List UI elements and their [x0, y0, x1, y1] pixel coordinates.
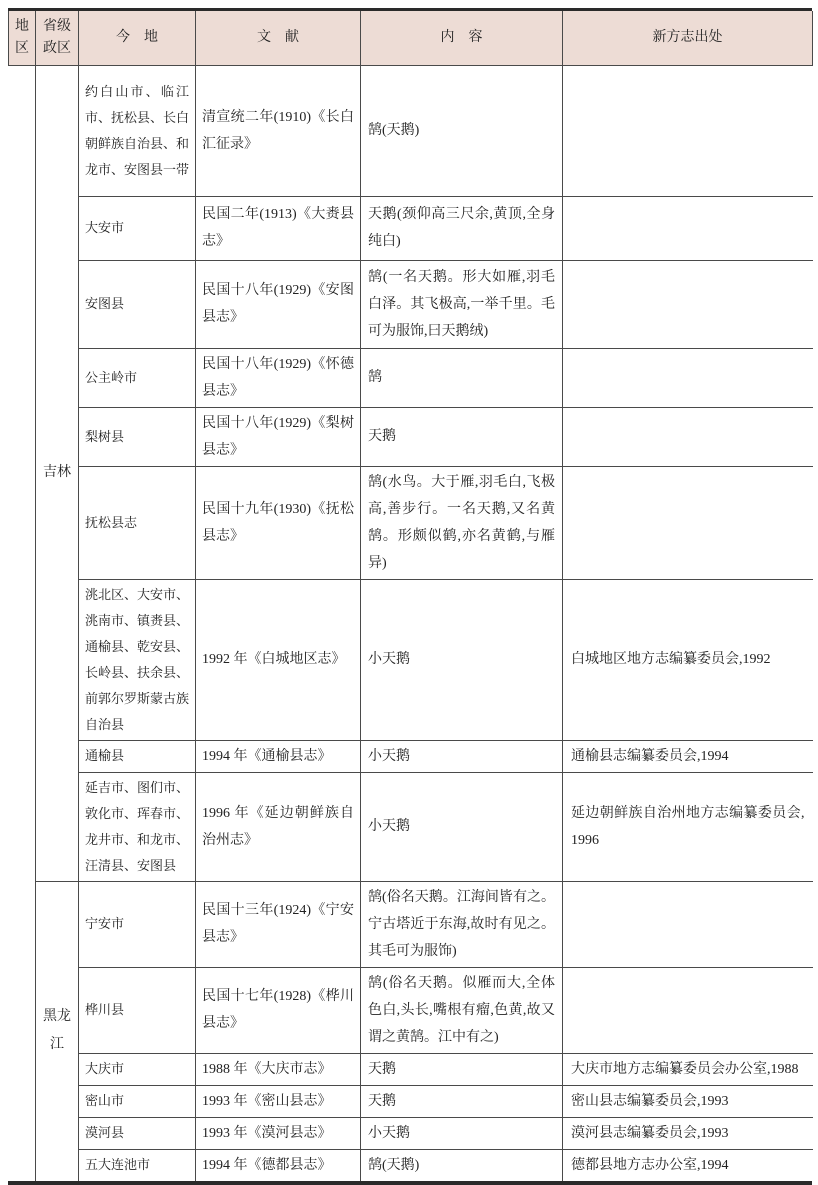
source-cell: 民国十七年(1928)《桦川县志》 — [196, 967, 361, 1053]
source-cell: 民国二年(1913)《大赉县志》 — [196, 196, 361, 260]
source-cell: 1993 年《漠河县志》 — [196, 1117, 361, 1149]
table-row: 漠河县1993 年《漠河县志》小天鹅漠河县志编纂委员会,1993 — [9, 1117, 813, 1149]
source-cell: 1994 年《通榆县志》 — [196, 740, 361, 772]
content-cell: 天鹅 — [361, 1053, 563, 1085]
table-row: 桦川县民国十七年(1928)《桦川县志》鹄(俗名天鹅。似雁而大,全体色白,头长,… — [9, 967, 813, 1053]
table-row: 大庆市1988 年《大庆市志》天鹅大庆市地方志编纂委员会办公室,1988 — [9, 1053, 813, 1085]
table-row: 抚松县志民国十九年(1930)《抚松县志》鹄(水鸟。大于雁,羽毛白,飞极高,善步… — [9, 466, 813, 579]
gazetteer-table-frame: 地区 省级政区 今 地 文 献 内 容 新方志出处 吉林约白山市、临江市、抚松县… — [8, 8, 812, 1185]
place-cell: 安图县 — [79, 260, 196, 348]
source-cell: 民国十九年(1930)《抚松县志》 — [196, 466, 361, 579]
column-header-province: 省级政区 — [36, 11, 79, 65]
province-cell: 黑龙江 — [36, 881, 79, 1181]
place-cell: 宁安市 — [79, 881, 196, 967]
source-cell: 1996 年《延边朝鲜族自治州志》 — [196, 772, 361, 881]
source-cell: 民国十八年(1929)《梨树县志》 — [196, 407, 361, 466]
place-cell: 通榆县 — [79, 740, 196, 772]
table-row: 通榆县1994 年《通榆县志》小天鹅通榆县志编纂委员会,1994 — [9, 740, 813, 772]
place-cell: 漠河县 — [79, 1117, 196, 1149]
gazetteer-cell: 密山县志编纂委员会,1993 — [563, 1085, 813, 1117]
source-cell: 1994 年《德都县志》 — [196, 1149, 361, 1181]
content-cell: 天鹅 — [361, 407, 563, 466]
gazetteer-cell: 白城地区地方志编纂委员会,1992 — [563, 579, 813, 740]
source-cell: 民国十八年(1929)《怀德县志》 — [196, 348, 361, 407]
source-cell: 民国十三年(1924)《宁安县志》 — [196, 881, 361, 967]
gazetteer-cell — [563, 881, 813, 967]
content-cell: 鹄(天鹅) — [361, 1149, 563, 1181]
gazetteer-cell — [563, 348, 813, 407]
source-cell: 民国十八年(1929)《安图县志》 — [196, 260, 361, 348]
table-row: 延吉市、图们市、敦化市、珲春市、龙井市、和龙市、汪清县、安图县1996 年《延边… — [9, 772, 813, 881]
content-cell: 鹄(一名天鹅。形大如雁,羽毛白泽。其飞极高,一举千里。毛可为服饰,曰天鹅绒) — [361, 260, 563, 348]
gazetteer-cell — [563, 407, 813, 466]
place-cell: 大庆市 — [79, 1053, 196, 1085]
column-header-source: 文 献 — [196, 11, 361, 65]
source-cell: 1993 年《密山县志》 — [196, 1085, 361, 1117]
gazetteer-cell: 大庆市地方志编纂委员会办公室,1988 — [563, 1053, 813, 1085]
column-header-place: 今 地 — [79, 11, 196, 65]
content-cell: 鹄(水鸟。大于雁,羽毛白,飞极高,善步行。一名天鹅,又名黄鹄。形颇似鹤,亦名黄鹤… — [361, 466, 563, 579]
table-row: 黑龙江宁安市民国十三年(1924)《宁安县志》鹄(俗名天鹅。江海间皆有之。宁古塔… — [9, 881, 813, 967]
gazetteer-cell — [563, 260, 813, 348]
gazetteer-cell — [563, 65, 813, 196]
gazetteer-table: 地区 省级政区 今 地 文 献 内 容 新方志出处 吉林约白山市、临江市、抚松县… — [8, 11, 813, 1181]
place-cell: 桦川县 — [79, 967, 196, 1053]
content-cell: 鹄(天鹅) — [361, 65, 563, 196]
place-cell: 抚松县志 — [79, 466, 196, 579]
content-cell: 鹄(俗名天鹅。江海间皆有之。宁古塔近于东海,故时有见之。其毛可为服饰) — [361, 881, 563, 967]
place-cell: 延吉市、图们市、敦化市、珲春市、龙井市、和龙市、汪清县、安图县 — [79, 772, 196, 881]
content-cell: 小天鹅 — [361, 772, 563, 881]
gazetteer-cell — [563, 967, 813, 1053]
column-header-region: 地区 — [9, 11, 36, 65]
column-header-gazetteer: 新方志出处 — [563, 11, 813, 65]
header-row: 地区 省级政区 今 地 文 献 内 容 新方志出处 — [9, 11, 813, 65]
region-cell — [9, 65, 36, 1181]
place-cell: 大安市 — [79, 196, 196, 260]
gazetteer-cell — [563, 196, 813, 260]
gazetteer-cell: 漠河县志编纂委员会,1993 — [563, 1117, 813, 1149]
source-cell: 清宣统二年(1910)《长白汇征录》 — [196, 65, 361, 196]
gazetteer-cell: 延边朝鲜族自治州地方志编纂委员会,1996 — [563, 772, 813, 881]
place-cell: 密山市 — [79, 1085, 196, 1117]
content-cell: 天鹅 — [361, 1085, 563, 1117]
content-cell: 小天鹅 — [361, 1117, 563, 1149]
table-row: 大安市民国二年(1913)《大赉县志》天鹅(颈仰高三尺余,黄顶,全身纯白) — [9, 196, 813, 260]
source-cell: 1988 年《大庆市志》 — [196, 1053, 361, 1085]
table-row: 五大连池市1994 年《德都县志》鹄(天鹅)德都县地方志办公室,1994 — [9, 1149, 813, 1181]
source-cell: 1992 年《白城地区志》 — [196, 579, 361, 740]
content-cell: 小天鹅 — [361, 579, 563, 740]
gazetteer-cell — [563, 466, 813, 579]
place-cell: 约白山市、临江市、抚松县、长白朝鲜族自治县、和龙市、安图县一带 — [79, 65, 196, 196]
table-row: 安图县民国十八年(1929)《安图县志》鹄(一名天鹅。形大如雁,羽毛白泽。其飞极… — [9, 260, 813, 348]
content-cell: 鹄 — [361, 348, 563, 407]
gazetteer-cell: 德都县地方志办公室,1994 — [563, 1149, 813, 1181]
place-cell: 五大连池市 — [79, 1149, 196, 1181]
table-row: 密山市1993 年《密山县志》天鹅密山县志编纂委员会,1993 — [9, 1085, 813, 1117]
place-cell: 公主岭市 — [79, 348, 196, 407]
content-cell: 天鹅(颈仰高三尺余,黄顶,全身纯白) — [361, 196, 563, 260]
province-cell: 吉林 — [36, 65, 79, 881]
table-row: 梨树县民国十八年(1929)《梨树县志》天鹅 — [9, 407, 813, 466]
content-cell: 小天鹅 — [361, 740, 563, 772]
table-row: 洮北区、大安市、洮南市、镇赉县、通榆县、乾安县、长岭县、扶余县、前郭尔罗斯蒙古族… — [9, 579, 813, 740]
table-row: 公主岭市民国十八年(1929)《怀德县志》鹄 — [9, 348, 813, 407]
place-cell: 梨树县 — [79, 407, 196, 466]
table-row: 吉林约白山市、临江市、抚松县、长白朝鲜族自治县、和龙市、安图县一带清宣统二年(1… — [9, 65, 813, 196]
place-cell: 洮北区、大安市、洮南市、镇赉县、通榆县、乾安县、长岭县、扶余县、前郭尔罗斯蒙古族… — [79, 579, 196, 740]
gazetteer-cell: 通榆县志编纂委员会,1994 — [563, 740, 813, 772]
content-cell: 鹄(俗名天鹅。似雁而大,全体色白,头长,嘴根有瘤,色黄,故又谓之黄鹄。江中有之) — [361, 967, 563, 1053]
column-header-content: 内 容 — [361, 11, 563, 65]
